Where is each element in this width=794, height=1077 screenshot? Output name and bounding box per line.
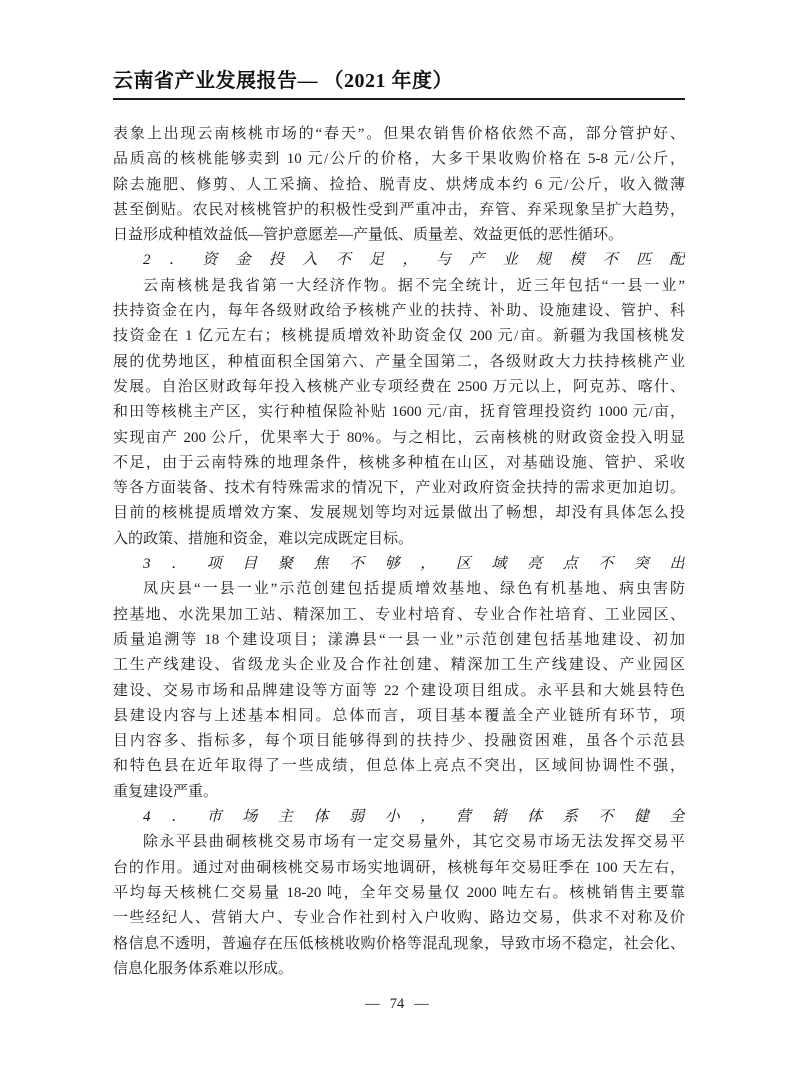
paragraph-line: 建设、交易市场和品牌建设等方面等 22 个建设项目组成。永平县和大姚县特色 — [113, 679, 685, 704]
paragraph-line: 县建设内容与上述基本相同。总体而言，项目基本覆盖全产业链所有环节，项 — [113, 704, 685, 729]
paragraph-line: 平均每天核桃仁交易量 18-20 吨，全年交易量仅 2000 吨左右。核桃销售主… — [113, 881, 685, 906]
section-heading: 3．项目聚焦不够，区域亮点不突出 — [113, 552, 685, 577]
paragraph-line: 表象上出现云南核桃市场的“春天”。但果农销售价格依然不高，部分管护好、 — [113, 122, 685, 147]
paragraph-line: 等各方面装备、技术有特殊需求的情况下，产业对政府资金扶持的需求更加迫切。 — [113, 476, 685, 501]
paragraph-line: 目内容多、指标多，每个项目能够得到的扶持少、投融资困难，虽各个示范县 — [113, 729, 685, 754]
paragraph-line: 云南核桃是我省第一大经济作物。据不完全统计，近三年包括“一县一业” — [113, 274, 685, 299]
paragraph-line: 技资金在 1 亿元左右；核桃提质增效补助资金仅 200 元/亩。新疆为我国核桃发 — [113, 324, 685, 349]
paragraph-line: 不足，由于云南特殊的地理条件，核桃多种植在山区，对基础设施、管护、采收 — [113, 451, 685, 476]
paragraph-line: 工生产线建设、省级龙头企业及合作社创建、精深加工生产线建设、产业园区 — [113, 653, 685, 678]
paragraph-line: 格信息不透明，普遍存在压低核桃收购价格等混乱现象，导致市场不稳定，社会化、 — [113, 932, 685, 957]
paragraph-line: 台的作用。通过对曲硐核桃交易市场实地调研，核桃每年交易旺季在 100 天左右， — [113, 856, 685, 881]
paragraph-line: 日益形成种植效益低—管护意愿差—产量低、质量差、效益更低的恶性循环。 — [113, 223, 685, 248]
paragraph-line: 目前的核桃提质增效方案、发展规划等均对远景做出了畅想，却没有具体怎么投 — [113, 501, 685, 526]
paragraph-line: 入的政策、措施和资金，难以完成既定目标。 — [113, 527, 685, 552]
paragraph-line: 除永平县曲硐核桃交易市场有一定交易量外，其它交易市场无法发挥交易平 — [113, 830, 685, 855]
paragraph-line: 信息化服务体系难以形成。 — [113, 957, 685, 982]
report-title: 云南省产业发展报告— （2021 年度） — [113, 64, 685, 93]
paragraph-line: 品质高的核桃能够卖到 10 元/公斤的价格，大多干果收购价格在 5-8 元/公斤… — [113, 147, 685, 172]
paragraph-line: 质量追溯等 18 个建设项目；漾濞县“一县一业”示范创建包括基地建设、初加 — [113, 628, 685, 653]
paragraph-line: 发展。自治区财政每年投入核桃产业专项经费在 2500 万元以上，阿克苏、喀什、 — [113, 375, 685, 400]
page-number: 74 — [390, 996, 405, 1012]
section-heading: 2．资金投入不足，与产业规模不匹配 — [113, 248, 685, 273]
paragraph-line: 实现亩产 200 公斤，优果率大于 80%。与之相比，云南核桃的财政资金投入明显 — [113, 426, 685, 451]
document-page: 云南省产业发展报告— （2021 年度） 表象上出现云南核桃市场的“春天”。但果… — [0, 0, 794, 1077]
document-body: 表象上出现云南核桃市场的“春天”。但果农销售价格依然不高，部分管护好、品质高的核… — [113, 122, 685, 982]
paragraph-line: 重复建设严重。 — [113, 780, 685, 805]
page-footer: —74— — [0, 996, 794, 1013]
paragraph-line: 甚至倒贴。农民对核桃管护的积极性受到严重冲击，弃管、弃采现象呈扩大趋势， — [113, 198, 685, 223]
paragraph-line: 凤庆县“一县一业”示范创建包括提质增效基地、绿色有机基地、病虫害防 — [113, 577, 685, 602]
paragraph-line: 控基地、水洗果加工站、精深加工、专业村培育、专业合作社培育、工业园区、 — [113, 603, 685, 628]
paragraph-line: 展的优势地区，种植面积全国第六、产量全国第二，各级财政大力扶持核桃产业 — [113, 350, 685, 375]
section-heading: 4．市场主体弱小，营销体系不健全 — [113, 805, 685, 830]
paragraph-line: 除去施肥、修剪、人工采摘、捡拾、脱青皮、烘烤成本约 6 元/公斤，收入微薄 — [113, 173, 685, 198]
paragraph-line: 一些经纪人、营销大户、专业合作社到村入户收购、路边交易，供求不对称及价 — [113, 906, 685, 931]
paragraph-line: 和田等核桃主产区，实行种植保险补贴 1600 元/亩，抚育管理投资约 1000 … — [113, 400, 685, 425]
footer-dash-right: — — [414, 996, 429, 1013]
footer-dash-left: — — [365, 996, 380, 1013]
page-header: 云南省产业发展报告— （2021 年度） — [113, 64, 685, 100]
paragraph-line: 扶持资金在内，每年各级财政给予核桃产业的扶持、补助、设施建设、管护、科 — [113, 299, 685, 324]
paragraph-line: 和特色县在近年取得了一些成绩，但总体上亮点不突出，区域间协调性不强， — [113, 754, 685, 779]
